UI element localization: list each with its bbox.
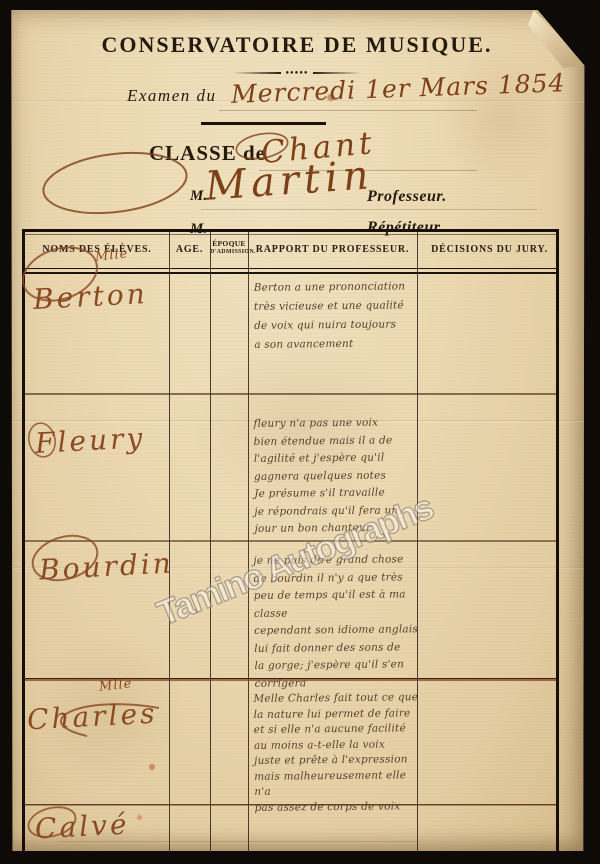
student-annotation: Mlle bbox=[98, 676, 133, 694]
student-name: Fleury bbox=[34, 421, 146, 460]
paper-sheet: CONSERVATOIRE DE MUSIQUE. ●●●●● Examen d… bbox=[9, 10, 585, 851]
column-header-rapport: RAPPORT DU PROFESSEUR. bbox=[248, 244, 417, 255]
professor-report: Berton a une prononciation très vicieuse… bbox=[254, 277, 425, 355]
column-header-jury: DÉCISIONS DU JURY. bbox=[417, 244, 562, 255]
student-name: Calvé bbox=[34, 808, 130, 846]
student-name: Charles bbox=[26, 697, 158, 737]
fill-line bbox=[219, 110, 477, 111]
fill-line bbox=[57, 841, 417, 842]
column-divider bbox=[248, 232, 249, 851]
header-annotation-handwritten: Mlle bbox=[94, 246, 129, 264]
section-rule bbox=[201, 122, 326, 125]
column-header-age: AGE. bbox=[169, 244, 210, 255]
epoque-line2: D'ADMISSION. bbox=[210, 249, 248, 257]
scanned-document: CONSERVATOIRE DE MUSIQUE. ●●●●● Examen d… bbox=[0, 0, 600, 864]
epoque-line1: ÉPOQUE bbox=[212, 239, 245, 248]
column-divider bbox=[169, 232, 170, 851]
fill-line bbox=[201, 209, 537, 210]
exam-label: Examen du bbox=[127, 86, 217, 106]
student-name: Bourdin bbox=[38, 546, 174, 586]
header-separator bbox=[25, 268, 556, 274]
row-divider bbox=[25, 393, 556, 395]
column-header-epoque: ÉPOQUE D'ADMISSION. bbox=[210, 239, 248, 257]
column-divider bbox=[210, 232, 211, 851]
professor-report: Melle Charles fait tout ce que la nature… bbox=[253, 690, 424, 816]
student-name: Berton bbox=[32, 277, 148, 316]
professor-label: Professeur. bbox=[367, 188, 447, 206]
document-title: CONSERVATOIRE DE MUSIQUE. bbox=[9, 32, 585, 58]
